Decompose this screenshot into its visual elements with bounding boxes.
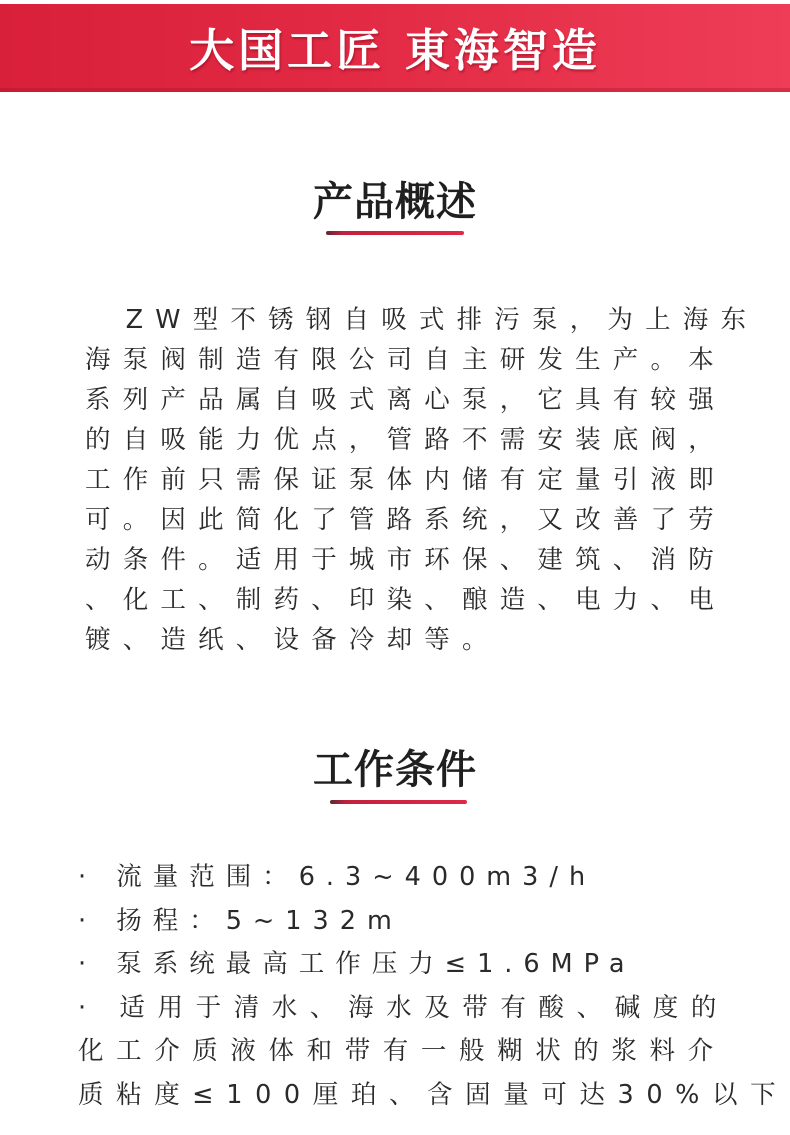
overview-line: ZW型不锈钢自吸式排污泵，为上海东 <box>85 300 715 340</box>
overview-line: 海泵阀制造有限公司自主研发生产。本 <box>85 340 715 380</box>
overview-paragraph: ZW型不锈钢自吸式排污泵，为上海东 海泵阀制造有限公司自主研发生产。本 系列产品… <box>85 300 715 660</box>
overview-line: 动条件。适用于城市环保、建筑、消防 <box>85 540 715 580</box>
condition-item-applicable-media-cont: 质粘度≤100厘珀、含固量可达30%以下 <box>78 1074 718 1118</box>
condition-item-max-pressure: · 泵系统最高工作压力≤1.6MPa <box>78 943 718 987</box>
condition-item-head: · 扬程：5~132m <box>78 900 718 944</box>
condition-item-flow-range: · 流量范围：6.3~400m3/h <box>78 856 718 900</box>
working-conditions-title: 工作条件 <box>313 738 477 795</box>
brand-banner: 大国工匠 東海智造 <box>0 4 790 92</box>
section-heading-working-conditions: 工作条件 <box>0 738 790 795</box>
condition-item-applicable-media: · 适用于清水、海水及带有酸、碱度的 <box>78 987 718 1031</box>
overview-line: 、化工、制药、印染、酿造、电力、电 <box>85 580 715 620</box>
overview-underline-divider <box>326 231 464 235</box>
section-heading-overview: 产品概述 <box>0 170 790 227</box>
condition-item-applicable-media-cont: 化工介质液体和带有一般糊状的浆料介 <box>78 1030 718 1074</box>
overview-line: 镀、造纸、设备冷却等。 <box>85 620 715 660</box>
working-conditions-underline-divider <box>330 800 467 804</box>
overview-line: 系列产品属自吸式离心泵，它具有较强 <box>85 380 715 420</box>
banner-title: 大国工匠 東海智造 <box>189 14 601 79</box>
working-conditions-list: · 流量范围：6.3~400m3/h · 扬程：5~132m · 泵系统最高工作… <box>78 856 718 1117</box>
overview-title: 产品概述 <box>313 170 477 227</box>
overview-line: 可。因此简化了管路系统，又改善了劳 <box>85 500 715 540</box>
overview-line: 工作前只需保证泵体内储有定量引液即 <box>85 460 715 500</box>
overview-line: 的自吸能力优点，管路不需安装底阀， <box>85 420 715 460</box>
